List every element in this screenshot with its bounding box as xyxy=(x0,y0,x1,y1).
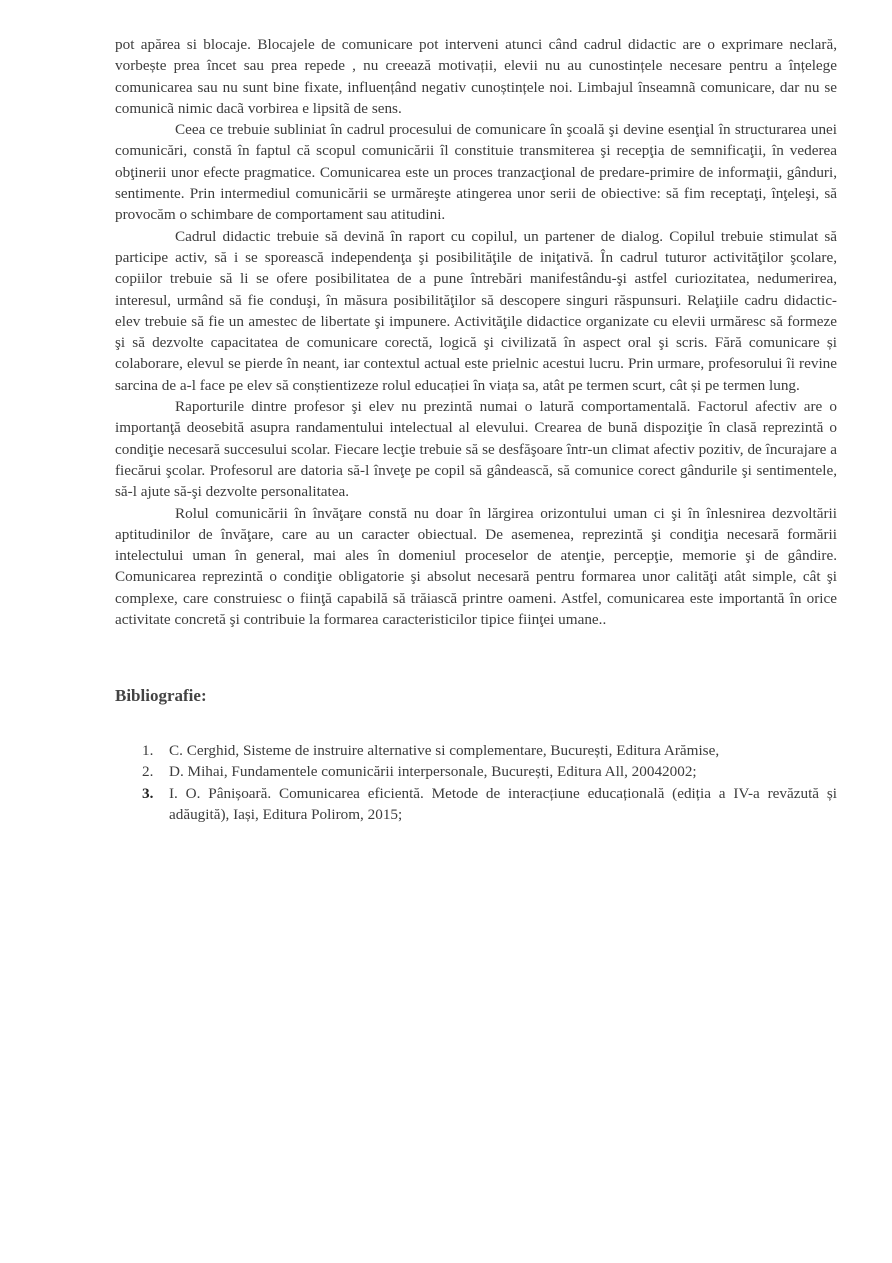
paragraph-raporturi: Raporturile dintre profesor şi elev nu p… xyxy=(115,396,837,502)
document-page: pot apărea si blocaje. Blocajele de comu… xyxy=(115,34,837,630)
paragraph-scop-comunicare: Ceea ce trebuie subliniat în cadrul proc… xyxy=(115,119,837,225)
bibliography-item-number: 1. xyxy=(142,740,153,761)
bibliography-heading: Bibliografie: xyxy=(115,686,207,706)
bibliography-item-text: C. Cerghid, Sisteme de instruire alterna… xyxy=(169,742,719,759)
bibliography-list: 1. C. Cerghid, Sisteme de instruire alte… xyxy=(115,740,837,825)
bibliography-item: 2. D. Mihai, Fundamentele comunicării in… xyxy=(115,761,837,782)
bibliography-item-text: I. O. Pânișoară. Comunicarea eficientă. … xyxy=(169,785,837,823)
bibliography-item-number: 2. xyxy=(142,761,153,782)
paragraph-rolul-comunicarii: Rolul comunicării în învăţare constă nu … xyxy=(115,503,837,631)
bibliography-item-text: D. Mihai, Fundamentele comunicării inter… xyxy=(169,763,697,780)
paragraph-blocaje: pot apărea si blocaje. Blocajele de comu… xyxy=(115,34,837,119)
bibliography-item: 1. C. Cerghid, Sisteme de instruire alte… xyxy=(115,740,837,761)
paragraph-cadrul-didactic: Cadrul didactic trebuie să devină în rap… xyxy=(115,226,837,396)
bibliography-item: 3. I. O. Pânișoară. Comunicarea eficient… xyxy=(115,783,837,826)
bibliography-item-number: 3. xyxy=(142,783,153,804)
